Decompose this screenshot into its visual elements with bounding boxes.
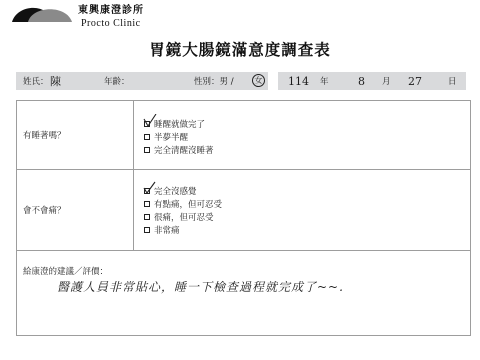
checkbox[interactable]: [144, 227, 150, 233]
checkbox[interactable]: [144, 201, 150, 207]
option-list: 完全沒感覺 有點痛，但可忍受 很痛，但可忍受 非常痛: [144, 170, 222, 250]
gender-label: 性別：男 /: [194, 75, 234, 87]
name-field[interactable]: 陳: [50, 73, 61, 89]
clinic-name-en: Procto Clinic: [81, 19, 144, 29]
checkbox[interactable]: [144, 134, 150, 140]
checkbox[interactable]: [144, 147, 150, 153]
question-row-pain: 會不會痛？ 完全沒感覺 有點痛，但可忍受 很痛，但可忍受 非常痛: [17, 170, 470, 251]
question-label: 有睡著嗎？: [17, 101, 134, 169]
year-label: 年: [320, 75, 329, 87]
dome-logo-icon: [10, 4, 74, 24]
date-bar: 114 年 8 月 27 日: [278, 72, 466, 90]
option-item[interactable]: 半夢半醒: [144, 131, 214, 144]
day-field[interactable]: 27: [408, 75, 422, 88]
option-label: 完全沒感覺: [154, 185, 197, 197]
option-label: 非常痛: [154, 224, 180, 236]
clinic-name-zh: 東興康澄診所: [78, 6, 144, 16]
comments-section: 給康澄的建議／評價： 醫護人員非常貼心，睡一下檢查過程就完成了~~.: [17, 251, 470, 336]
month-field[interactable]: 8: [358, 75, 365, 88]
question-label: 會不會痛？: [17, 170, 134, 250]
option-label: 很痛，但可忍受: [154, 211, 214, 223]
clinic-name: 東興康澄診所 Procto Clinic: [78, 6, 144, 29]
option-item[interactable]: 很痛，但可忍受: [144, 210, 222, 223]
option-item[interactable]: 完全沒感覺: [144, 184, 222, 197]
gender-selected[interactable]: 女: [252, 74, 265, 87]
age-field[interactable]: [136, 75, 196, 87]
checkbox-checked[interactable]: [144, 121, 150, 127]
option-label: 半夢半醒: [154, 131, 188, 143]
option-label: 有點痛，但可忍受: [154, 198, 222, 210]
page-title: 胃鏡大腸鏡滿意度調查表: [0, 38, 480, 60]
day-label: 日: [448, 75, 457, 87]
comments-field[interactable]: 醫護人員非常貼心，睡一下檢查過程就完成了~~.: [57, 278, 344, 295]
question-row-sleep: 有睡著嗎？ 睡醒就做完了 半夢半醒 完全清醒沒睡著: [17, 101, 470, 170]
survey-table: 有睡著嗎？ 睡醒就做完了 半夢半醒 完全清醒沒睡著 會不會痛？: [16, 100, 471, 336]
option-label: 睡醒就做完了: [154, 118, 205, 130]
patient-info-bar: 姓氏： 陳 年齡： 性別：男 / 女: [16, 72, 268, 90]
checkbox[interactable]: [144, 214, 150, 220]
option-item[interactable]: 睡醒就做完了: [144, 118, 214, 131]
option-item[interactable]: 非常痛: [144, 223, 222, 236]
month-label: 月: [382, 75, 391, 87]
option-list: 睡醒就做完了 半夢半醒 完全清醒沒睡著: [144, 101, 214, 171]
year-field[interactable]: 114: [288, 75, 309, 88]
checkbox-checked[interactable]: [144, 188, 150, 194]
age-label: 年齡：: [104, 75, 130, 87]
comments-label: 給康澄的建議／評價：: [23, 265, 108, 277]
name-label: 姓氏：: [23, 75, 49, 87]
option-item[interactable]: 有點痛，但可忍受: [144, 197, 222, 210]
option-label: 完全清醒沒睡著: [154, 144, 214, 156]
option-item[interactable]: 完全清醒沒睡著: [144, 144, 214, 157]
